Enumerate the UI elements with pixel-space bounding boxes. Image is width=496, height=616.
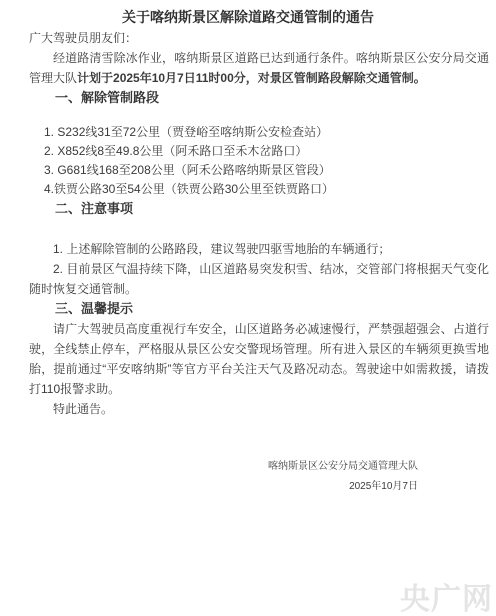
notice-page: 央广网 关于喀纳斯景区解除道路交通管制的通告 广大驾驶员朋友们： 经道路清雪除冰… bbox=[0, 6, 496, 616]
precaution-list: 1. 上述解除管制的公路路段，建议驾驶四驱雪地胎的车辆通行； 2. 目前景区气温… bbox=[29, 239, 489, 299]
section-heading-lifted-roads: 一、解除管制路段 bbox=[29, 88, 489, 108]
issue-date: 2025年10月7日 bbox=[29, 477, 418, 497]
intro-paragraph: 经道路清雪除冰作业，喀纳斯景区道路已达到通行条件。喀纳斯景区公安分局交通管理大队… bbox=[29, 48, 489, 88]
closing-line: 特此通告。 bbox=[29, 399, 489, 419]
tips-paragraph: 请广大驾驶员高度重视行车安全，山区道路务必减速慢行，严禁强超强会、占道行驶，全线… bbox=[29, 319, 489, 399]
road-item-g681: 3. G681线168至208公里（阿禾公路喀纳斯景区管段） bbox=[29, 161, 489, 180]
issuer-name: 喀纳斯景区公安分局交通管理大队 bbox=[29, 457, 418, 477]
notice-body: 广大驾驶员朋友们： 经道路清雪除冰作业，喀纳斯景区道路已达到通行条件。喀纳斯景区… bbox=[29, 28, 489, 497]
road-item-s232: 1. S232线31至72公里（贾登峪至喀纳斯公安检查站） bbox=[29, 123, 489, 142]
road-item-x852: 2. X852线8至49.8公里（阿禾路口至禾木岔路口） bbox=[29, 142, 489, 161]
precaution-item-1: 1. 上述解除管制的公路路段，建议驾驶四驱雪地胎的车辆通行； bbox=[29, 239, 489, 259]
road-item-tiejia: 4.铁贾公路30至54公里（铁贾公路30公里至铁贾路口） bbox=[29, 180, 489, 199]
cnr-watermark: 央广网 bbox=[400, 574, 493, 616]
notice-title: 关于喀纳斯景区解除道路交通管制的通告 bbox=[0, 6, 496, 28]
precaution-item-2: 2. 目前景区气温持续下降，山区道路易突发积雪、结冰，交管部门将根据天气变化随时… bbox=[29, 259, 489, 299]
section-heading-tips: 三、温馨提示 bbox=[29, 299, 489, 319]
lifted-road-list: 1. S232线31至72公里（贾登峪至喀纳斯公安检查站） 2. X852线8至… bbox=[29, 123, 489, 199]
salutation: 广大驾驶员朋友们： bbox=[29, 28, 489, 48]
signature-block: 喀纳斯景区公安分局交通管理大队 2025年10月7日 bbox=[29, 457, 489, 497]
intro-text-bold: 计划于2025年10月7日11时00分，对景区管制路段解除交通管制。 bbox=[77, 71, 426, 85]
section-heading-precautions: 二、注意事项 bbox=[29, 199, 489, 219]
